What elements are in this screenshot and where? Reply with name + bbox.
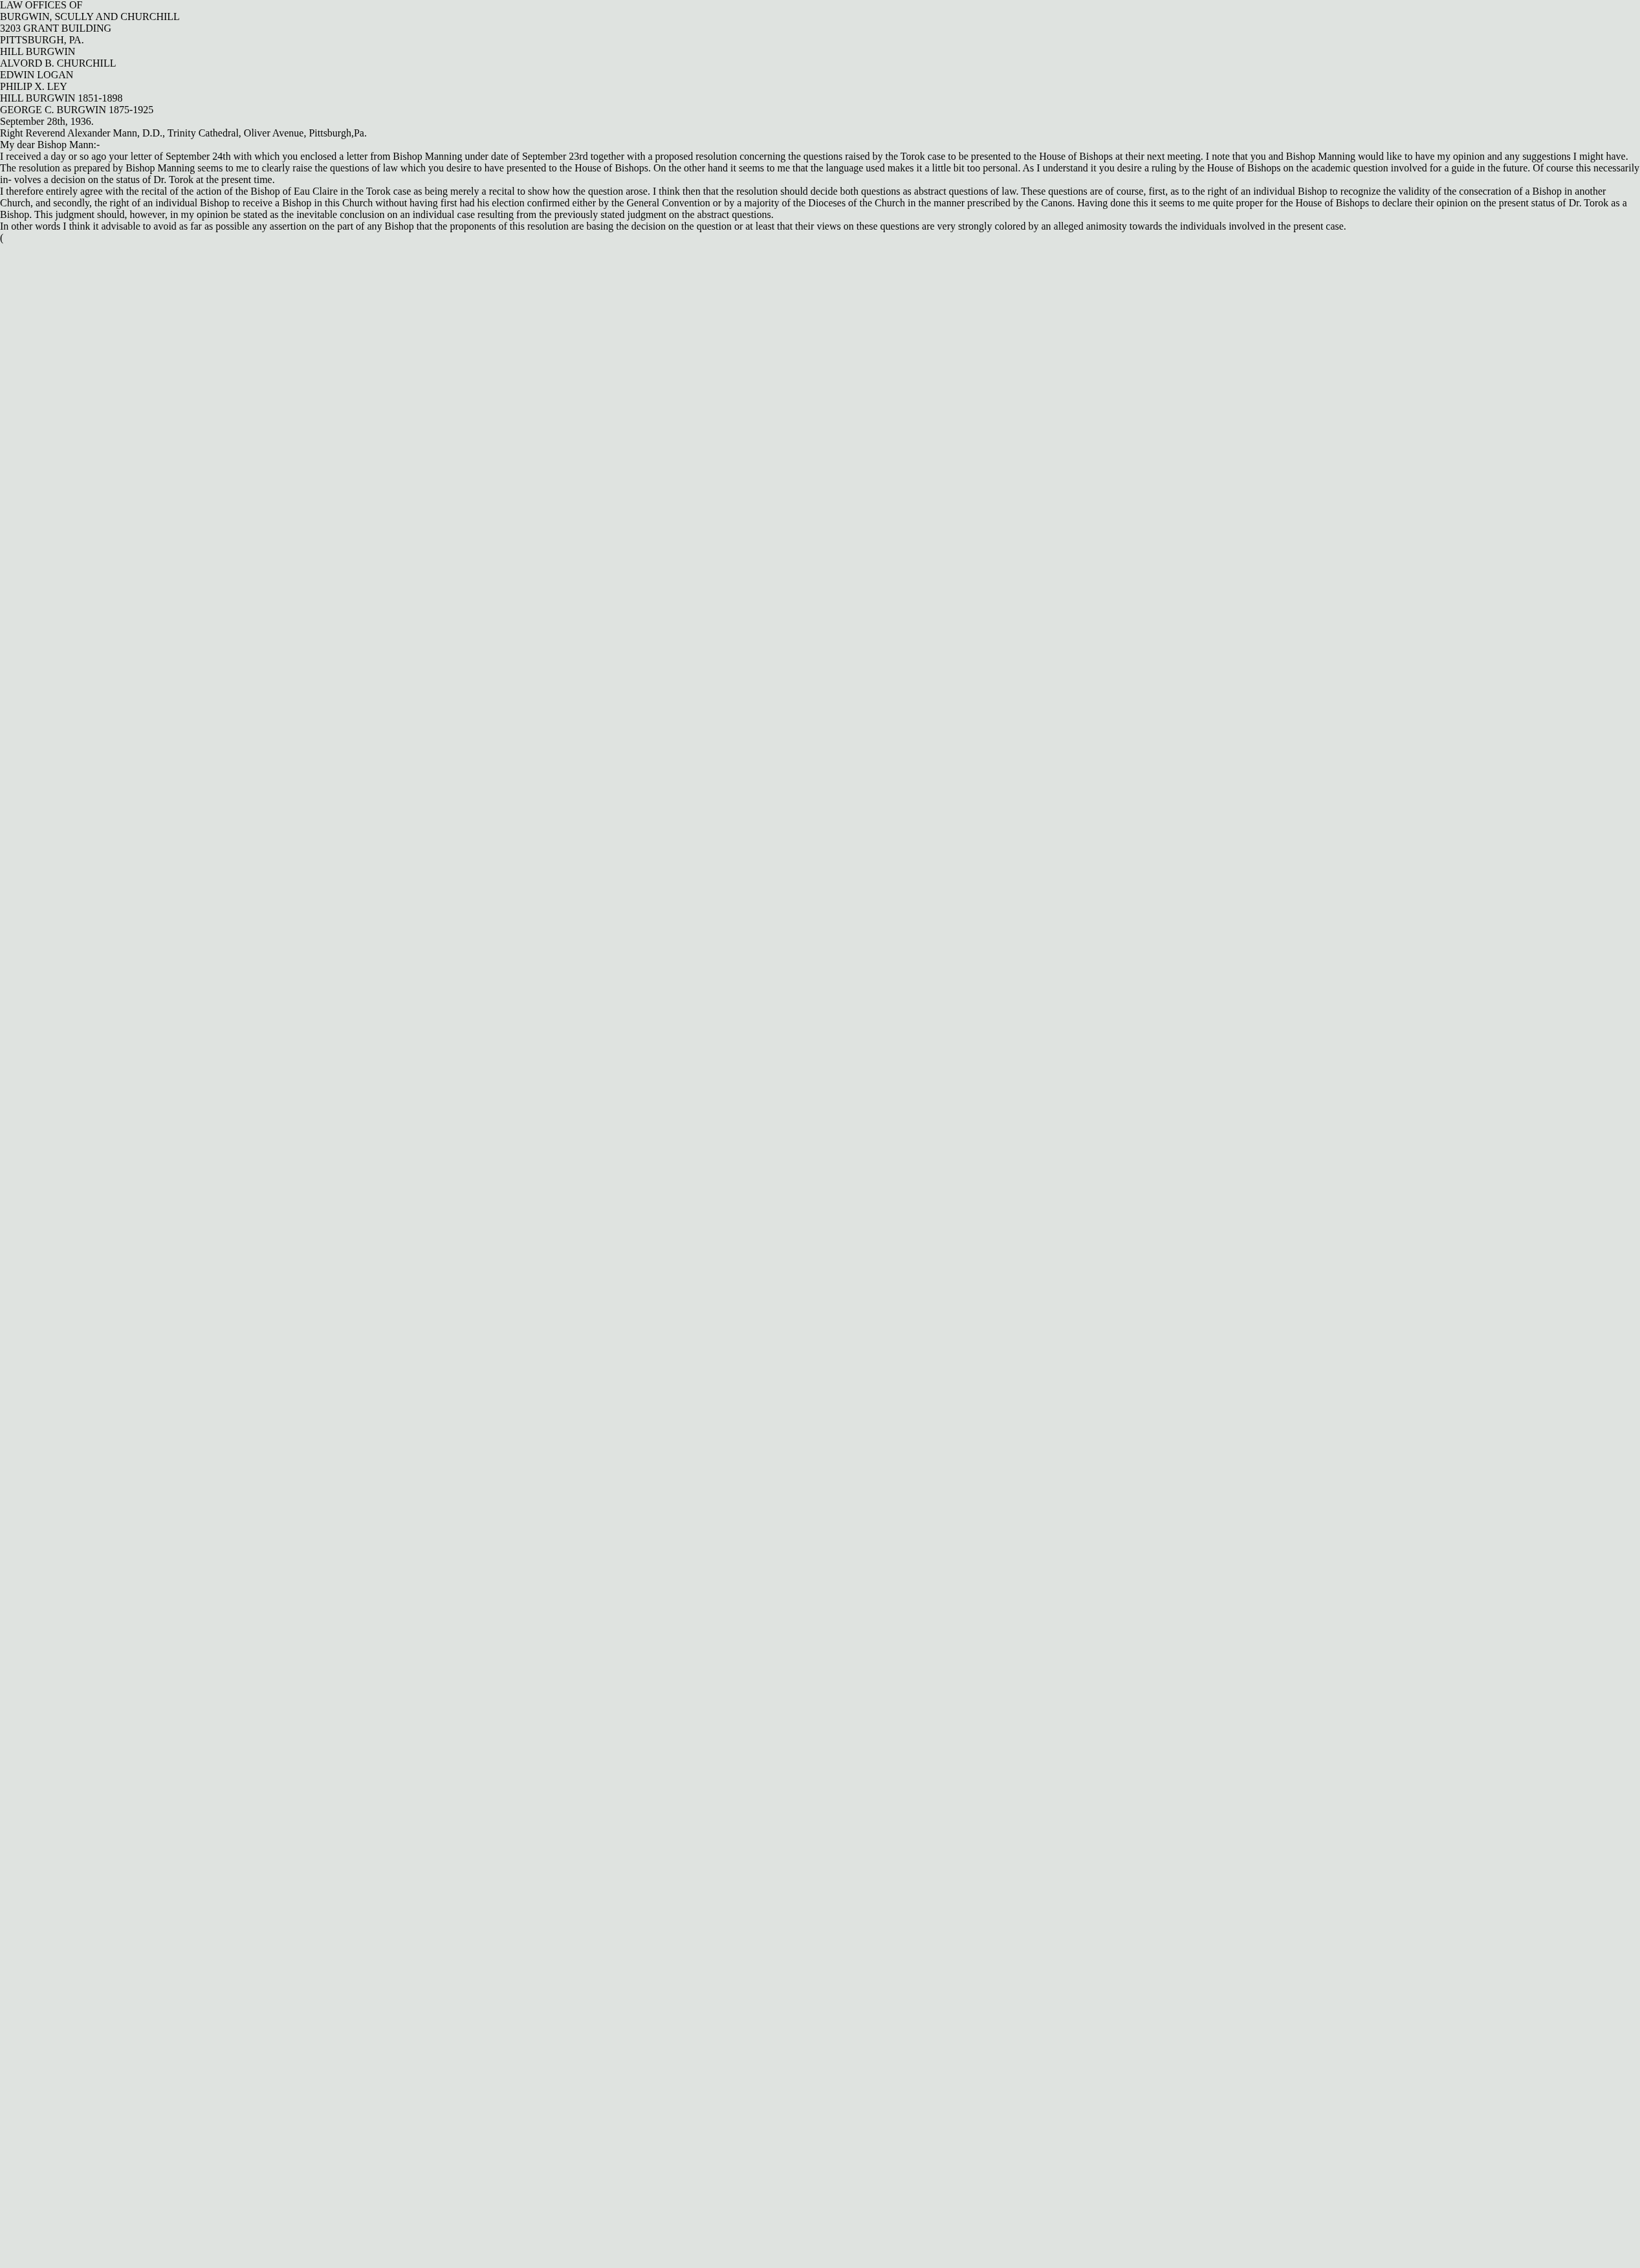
paragraph: The resolution as prepared by Bishop Man… <box>0 163 1640 186</box>
recipient-address: Right Reverend Alexander Mann, D.D., Tri… <box>0 128 1640 140</box>
letterhead-law-offices-label: LAW OFFICES OF <box>0 0 1640 12</box>
paragraph: I therefore entirely agree with the reci… <box>0 186 1640 221</box>
scanned-letter-page: LAW OFFICES OF BURGWIN, SCULLY AND CHURC… <box>0 0 1640 2268</box>
partner-name: HILL BURGWIN <box>0 47 1640 58</box>
memorial-row: HILL BURGWIN 1851-1898 <box>0 93 1640 105</box>
memorial-row: GEORGE C. BURGWIN 1875-1925 <box>0 105 1640 116</box>
memorial-name: HILL BURGWIN <box>0 93 75 104</box>
letterhead-memorial-list: HILL BURGWIN 1851-1898 GEORGE C. BURGWIN… <box>0 93 1640 116</box>
letter-body: I received a day or so ago your letter o… <box>0 151 1640 233</box>
margin-pen-mark: ( <box>0 233 1640 245</box>
paragraph: In other words I think it advisable to a… <box>0 221 1640 233</box>
memorial-name: GEORGE C. BURGWIN <box>0 105 106 116</box>
associate-name: PHILIP X. LEY <box>0 82 1640 93</box>
letterhead-building-address: 3203 GRANT BUILDING <box>0 23 1640 35</box>
partner-name: ALVORD B. CHURCHILL <box>0 58 1640 70</box>
letter-date: September 28th, 1936. <box>0 116 1640 128</box>
paragraph: I received a day or so ago your letter o… <box>0 151 1640 163</box>
letterhead-associate-list: EDWIN LOGAN PHILIP X. LEY <box>0 70 1640 93</box>
letterhead-partner-list: HILL BURGWIN ALVORD B. CHURCHILL <box>0 47 1640 70</box>
letterhead-city: PITTSBURGH, PA. <box>0 35 1640 47</box>
salutation: My dear Bishop Mann:- <box>0 140 1640 151</box>
letterhead-firm-name: BURGWIN, SCULLY AND CHURCHILL <box>0 12 1640 23</box>
memorial-years: 1875-1925 <box>109 105 153 116</box>
memorial-years: 1851-1898 <box>78 93 122 104</box>
associate-name: EDWIN LOGAN <box>0 70 1640 82</box>
